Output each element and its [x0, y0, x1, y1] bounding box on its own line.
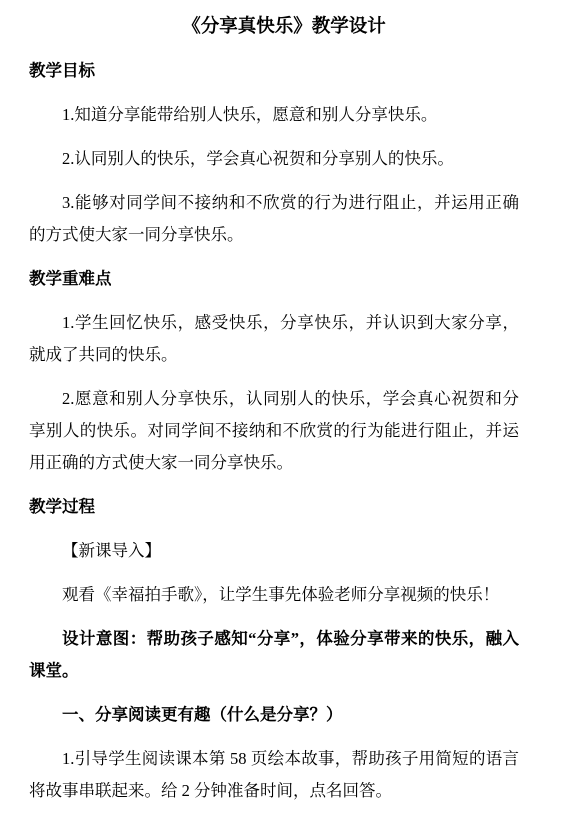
document-page: 《分享真快乐》教学设计 教学目标 1.知道分享能带给别人快乐，愿意和别人分享快乐… [0, 0, 568, 835]
heading-teaching-objectives: 教学目标 [29, 55, 519, 87]
objective-item-3: 3.能够对同学间不接纳和不欣赏的行为进行阻止，并运用正确的方式使大家一同分享快乐… [29, 187, 519, 251]
key-point-item-1: 1.学生回忆快乐，感受快乐，分享快乐，并认识到大家分享，就成了共同的快乐。 [29, 307, 519, 371]
heading-teaching-process: 教学过程 [29, 491, 519, 523]
design-intent-paragraph: 设计意图：帮助孩子感知“分享”，体验分享带来的快乐，融入课堂。 [29, 623, 519, 687]
objective-item-1: 1.知道分享能带给别人快乐，愿意和别人分享快乐。 [29, 99, 519, 131]
key-point-item-2: 2.愿意和别人分享快乐，认同别人的快乐，学会真心祝贺和分享别人的快乐。对同学间不… [29, 383, 519, 479]
objective-item-2: 2.认同别人的快乐，学会真心祝贺和分享别人的快乐。 [29, 143, 519, 175]
document-title: 《分享真快乐》教学设计 [29, 12, 539, 42]
new-lesson-intro-label: 【新课导入】 [29, 535, 519, 567]
section-one-heading: 一、分享阅读更有趣（什么是分享？） [29, 699, 519, 731]
intro-activity-paragraph: 观看《幸福拍手歌》，让学生事先体验老师分享视频的快乐！ [29, 579, 519, 611]
heading-key-difficult-points: 教学重难点 [29, 263, 519, 295]
section-one-step-1: 1.引导学生阅读课本第 58 页绘本故事，帮助孩子用简短的语言将故事串联起来。给… [29, 743, 519, 807]
